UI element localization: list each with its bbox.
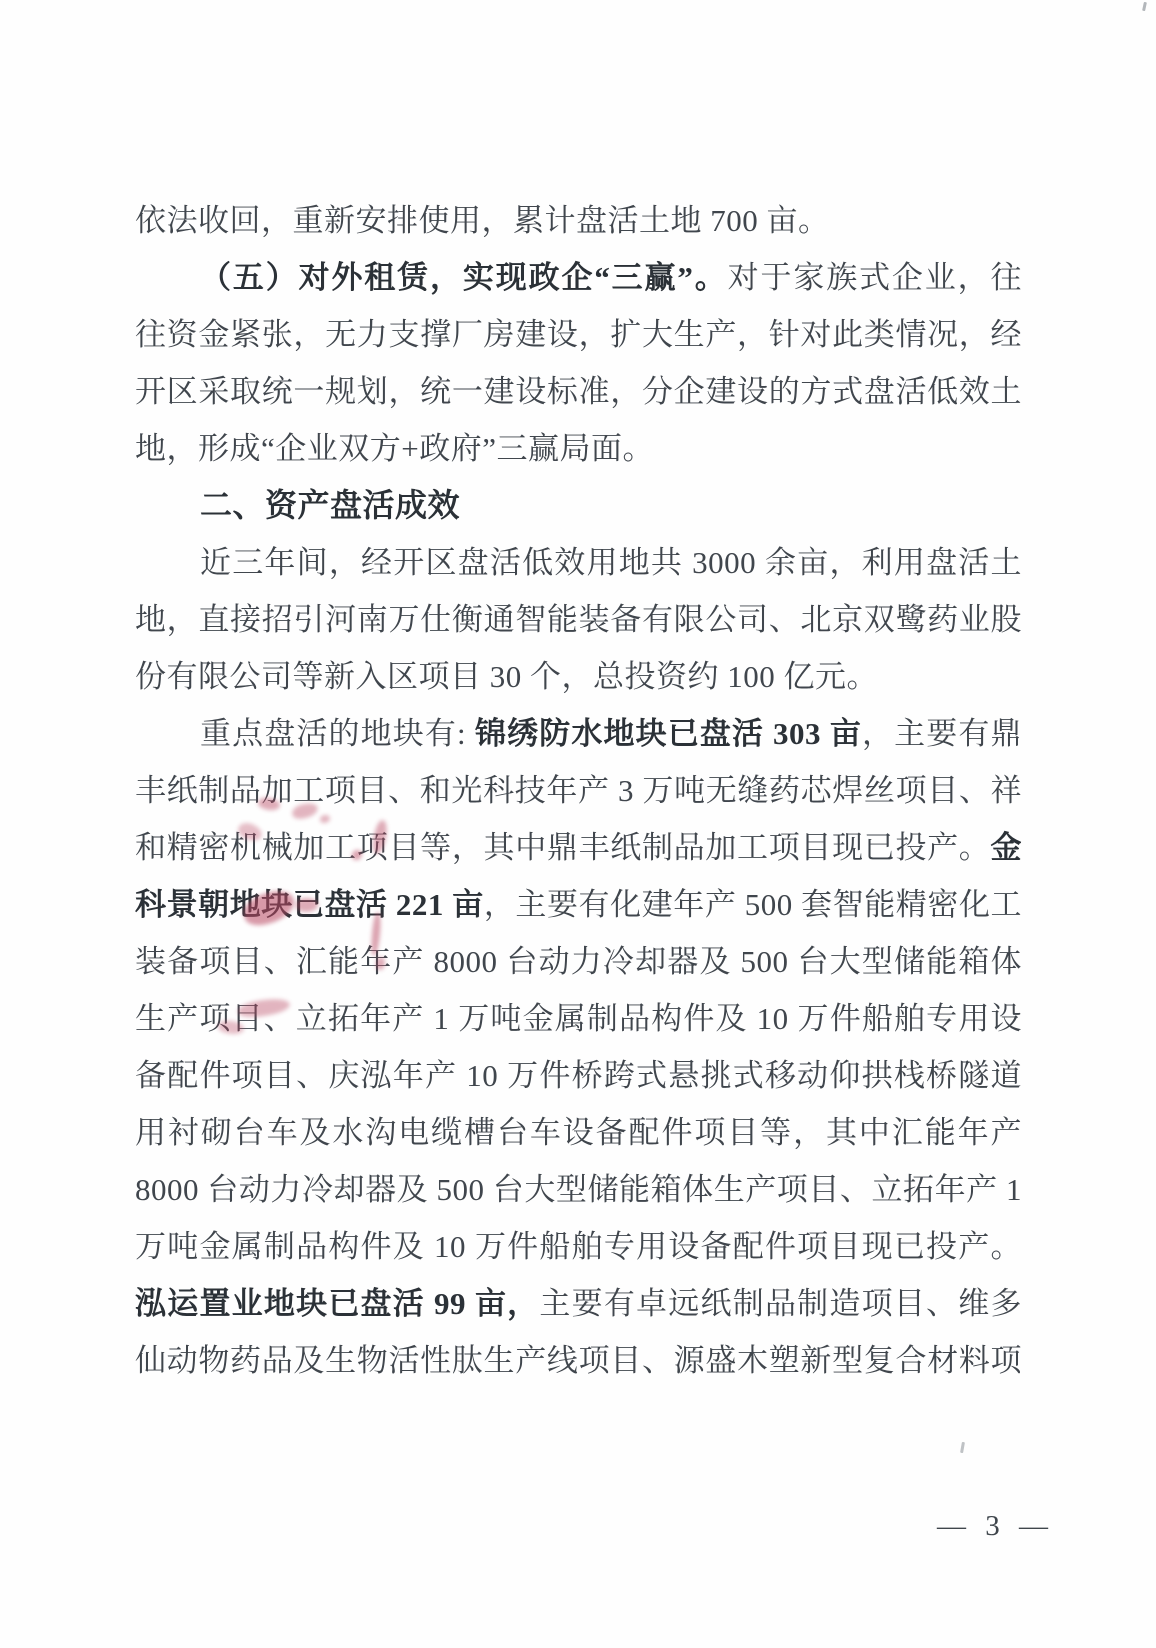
section-heading: 二、资产盘活成效 — [135, 477, 1022, 534]
text-line: 用衬砌台车及水沟电缆槽台车设备配件项目等，其中汇能年产 — [135, 1104, 1022, 1161]
document-body: 依法收回，重新安排使用，累计盘活土地 700 亩。（五）对外租赁，实现政企“三赢… — [135, 192, 1022, 1389]
text-line: 地，形成“企业双方+政府”三赢局面。 — [135, 420, 1022, 477]
text-segment: 份有限公司等新入区项目 30 个，总投资约 100 亿元。 — [135, 659, 878, 694]
text-segment: 泓运置业地块已盘活 99 亩， — [135, 1286, 539, 1321]
text-segment: ，主要有化建年产 500 套智能精密化工 — [484, 887, 1022, 922]
text-segment: 近三年间，经开区盘活低效用地共 3000 余亩，利用盘活土 — [200, 545, 1022, 580]
text-segment: 仙动物药品及生物活性肽生产线项目、源盛木塑新型复合材料项 — [135, 1343, 1022, 1378]
text-segment: （五）对外租赁，实现政企“三赢”。 — [200, 260, 728, 295]
text-line: 往资金紧张，无力支撑厂房建设，扩大生产，针对此类情况，经 — [135, 306, 1022, 363]
text-line: 份有限公司等新入区项目 30 个，总投资约 100 亿元。 — [135, 648, 1022, 705]
scan-speck — [1142, 2, 1147, 11]
text-line: 仙动物药品及生物活性肽生产线项目、源盛木塑新型复合材料项 — [135, 1332, 1022, 1389]
text-line: 丰纸制品加工项目、和光科技年产 3 万吨无缝药芯焊丝项目、祥 — [135, 762, 1022, 819]
text-segment: 锦绣防水地块已盘活 303 亩 — [475, 716, 862, 751]
text-line: 8000 台动力冷却器及 500 台大型储能箱体生产项目、立拓年产 1 — [135, 1161, 1022, 1218]
text-line: 万吨金属制品构件及 10 万件船舶专用设备配件项目现已投产。 — [135, 1218, 1022, 1275]
text-segment: 往资金紧张，无力支撑厂房建设，扩大生产，针对此类情况，经 — [135, 317, 1022, 352]
text-line: （五）对外租赁，实现政企“三赢”。对于家族式企业，往 — [135, 249, 1022, 306]
text-segment: 主要有卓远纸制品制造项目、维多 — [539, 1286, 1022, 1321]
text-segment: 8000 台动力冷却器及 500 台大型储能箱体生产项目、立拓年产 1 — [135, 1172, 1022, 1207]
text-segment: 装备项目、汇能年产 8000 台动力冷却器及 500 台大型储能箱体 — [135, 944, 1022, 979]
text-segment: 二、资产盘活成效 — [200, 487, 460, 523]
text-line: 依法收回，重新安排使用，累计盘活土地 700 亩。 — [135, 192, 1022, 249]
text-segment: 重点盘活的地块有: — [200, 716, 475, 751]
text-line: 备配件项目、庆泓年产 10 万件桥跨式悬挑式移动仰拱栈桥隧道 — [135, 1047, 1022, 1104]
text-segment: 依法收回，重新安排使用，累计盘活土地 700 亩。 — [135, 203, 830, 238]
text-line: 重点盘活的地块有: 锦绣防水地块已盘活 303 亩，主要有鼎 — [135, 705, 1022, 762]
text-segment: 对于家族式企业，往 — [728, 260, 1022, 295]
text-line: 地，直接招引河南万仕衡通智能装备有限公司、北京双鹭药业股 — [135, 591, 1022, 648]
text-segment: 和精密机械加工项目等，其中鼎丰纸制品加工项目现已投产。 — [135, 830, 991, 865]
text-segment: 地，直接招引河南万仕衡通智能装备有限公司、北京双鹭药业股 — [135, 602, 1022, 637]
text-line: 和精密机械加工项目等，其中鼎丰纸制品加工项目现已投产。金 — [135, 819, 1022, 876]
text-segment: 金 — [991, 830, 1023, 865]
text-segment: 用衬砌台车及水沟电缆槽台车设备配件项目等，其中汇能年产 — [135, 1115, 1022, 1150]
text-line: 装备项目、汇能年产 8000 台动力冷却器及 500 台大型储能箱体 — [135, 933, 1022, 990]
document-page: 依法收回，重新安排使用，累计盘活土地 700 亩。（五）对外租赁，实现政企“三赢… — [0, 0, 1156, 1648]
scan-speck — [960, 1442, 965, 1453]
text-line: 泓运置业地块已盘活 99 亩，主要有卓远纸制品制造项目、维多 — [135, 1275, 1022, 1332]
text-line: 开区采取统一规划，统一建设标准，分企建设的方式盘活低效土 — [135, 363, 1022, 420]
text-segment: 开区采取统一规划，统一建设标准，分企建设的方式盘活低效土 — [135, 374, 1022, 409]
text-segment: ，主要有鼎 — [862, 716, 1022, 751]
text-segment: 备配件项目、庆泓年产 10 万件桥跨式悬挑式移动仰拱栈桥隧道 — [135, 1058, 1022, 1093]
page-number: — 3 — — [934, 1505, 1052, 1547]
text-segment: 万吨金属制品构件及 10 万件船舶专用设备配件项目现已投产。 — [135, 1229, 1022, 1264]
text-segment: 地，形成“企业双方+政府”三赢局面。 — [135, 431, 654, 466]
text-line: 近三年间，经开区盘活低效用地共 3000 余亩，利用盘活土 — [135, 534, 1022, 591]
